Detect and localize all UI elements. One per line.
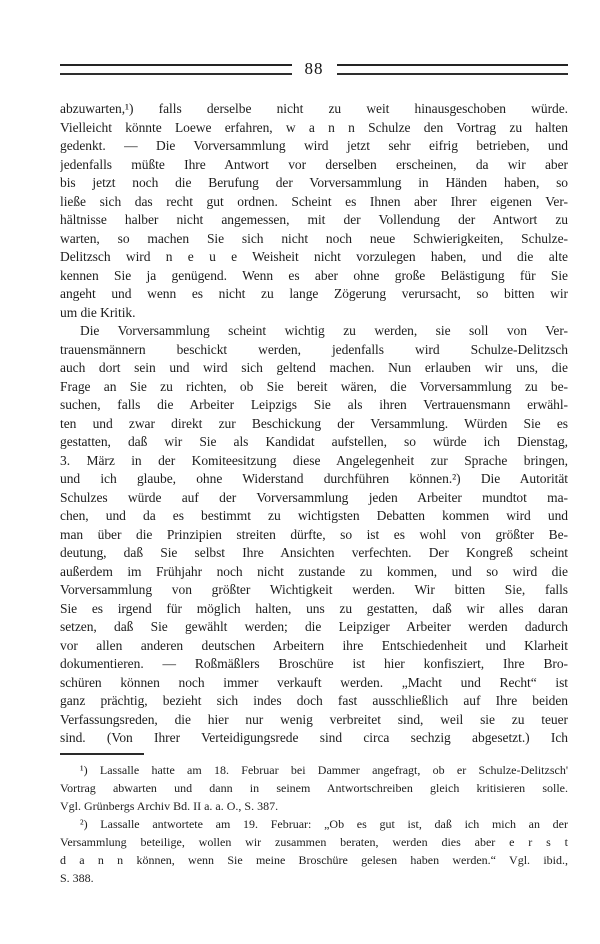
text-line: vor allen anderen deutschen Arbeitern ih…: [60, 637, 568, 656]
text-line: Delitzsch wird n e u e Weisheit nicht vo…: [60, 248, 568, 267]
text-line: kennen Sie ja genügend. Wenn es aber ohn…: [60, 267, 568, 286]
text-line: ten und zwar direkt zur Beschickung der …: [60, 415, 568, 434]
text-line: ²) Lassalle antwortete am 19. Februar: „…: [60, 815, 568, 833]
text-line: trauensmännern beschickt werden, jedenfa…: [60, 341, 568, 360]
book-page: 88 abzuwarten,¹) falls derselbe nicht zu…: [0, 0, 600, 944]
text-line: Vgl. Grünbergs Archiv Bd. II a. a. O., S…: [60, 797, 568, 815]
text-line: deutung, daß Sie selbst Ihre Ansichten v…: [60, 544, 568, 563]
text-line: dokumentieren. — Roßmäßlers Broschüre is…: [60, 655, 568, 674]
text-line: man über die Prinzipien streiten dürfte,…: [60, 526, 568, 545]
text-line: Versammlung beteilige, wollen wir zusamm…: [60, 833, 568, 851]
text-line: auch dort sein und wird sich geltend mac…: [60, 359, 568, 378]
text-line: gedenkt. — Die Vorversammlung wird jetzt…: [60, 137, 568, 156]
text-line: chen, und da es bestimmt zu wichtigsten …: [60, 507, 568, 526]
text-line: bis jetzt noch die Berufung der Vorversa…: [60, 174, 568, 193]
text-line: Die Vorversammlung scheint wichtig zu we…: [60, 322, 568, 341]
text-line: außerdem im Frühjahr noch nicht zustande…: [60, 563, 568, 582]
text-line: Schulzes würde auf der Vorversammlung je…: [60, 489, 568, 508]
text-line: angeht und wenn es nicht zu lange Zögeru…: [60, 285, 568, 304]
running-head: 88: [60, 56, 568, 82]
text-line: Verfassungsreden, die hier nur wenig ver…: [60, 711, 568, 730]
text-line: 3. März in der Komiteesitzung diese Ange…: [60, 452, 568, 471]
text-line: setzen, daß Sie gewählt werden; die Leip…: [60, 618, 568, 637]
text-line: Vorversammlung von größter Wichtigkeit w…: [60, 581, 568, 600]
footnote-divider: [60, 753, 144, 755]
header-rule-right: [337, 64, 569, 75]
text-line: und ich glaube, ohne Widerstand durchfüh…: [60, 470, 568, 489]
text-line: jedenfalls müßte Ihre Antwort vor dersel…: [60, 156, 568, 175]
footnotes-block: ¹) Lassalle hatte am 18. Februar bei Dam…: [60, 761, 568, 887]
text-line: Sie es irgend für möglich halten, uns zu…: [60, 600, 568, 619]
text-line: ¹) Lassalle hatte am 18. Februar bei Dam…: [60, 761, 568, 779]
text-line: Frage an Sie zu richten, ob Sie bereit w…: [60, 378, 568, 397]
text-line: suchen, falls die Arbeiter Leipzigs Sie …: [60, 396, 568, 415]
text-line: gestatten, daß wir Sie als Kandidat aufs…: [60, 433, 568, 452]
text-line: warten, so machen Sie sich nicht noch ne…: [60, 230, 568, 249]
letter-body-text: abzuwarten,¹) falls derselbe nicht zu we…: [60, 100, 568, 748]
text-line: um die Kritik.: [60, 304, 568, 323]
page-number: 88: [305, 60, 324, 79]
text-line: ganz prächtig, bezieht sich indes doch f…: [60, 692, 568, 711]
text-line: hältnisse halber nicht angemessen, mit d…: [60, 211, 568, 230]
text-line: schüren können noch immer verkauft werde…: [60, 674, 568, 693]
text-line: Vielleicht könnte Loewe erfahren, w a n …: [60, 119, 568, 138]
text-line: S. 388.: [60, 869, 568, 887]
text-line: sind. (Von Ihrer Verteidigungsrede sind …: [60, 729, 568, 748]
header-rule-left: [60, 64, 292, 75]
text-line: abzuwarten,¹) falls derselbe nicht zu we…: [60, 100, 568, 119]
text-line: Vortrag abwarten und dann in seinem Antw…: [60, 779, 568, 797]
text-line: d a n n können, wenn Sie meine Broschüre…: [60, 851, 568, 869]
text-line: ließe sich das recht gut ordnen. Scheint…: [60, 193, 568, 212]
